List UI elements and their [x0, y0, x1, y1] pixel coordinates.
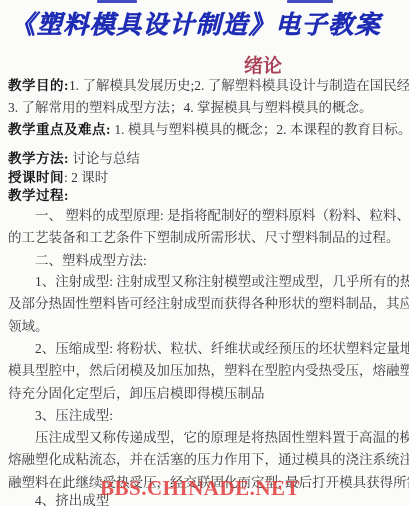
line-text: 领域。	[8, 319, 49, 334]
text-line-teaching-method: 教学方法: 讨论与总结	[8, 150, 409, 167]
cropped-glyph-fragment	[287, 0, 333, 3]
bold-label: 授课时间	[8, 170, 64, 185]
line-text: 1、注射成型: 注射成型又称注射模塑或注塑成型，几乎所有的热塑性塑	[35, 274, 409, 289]
text-line-teaching-process: 教学过程:	[8, 187, 409, 204]
line-text: 模具型腔中，然后闭模及加压加热，塑料在型腔内受热受压，熔融塑化并向	[8, 363, 409, 378]
line-text: 1. 模具与塑料模具的概念；2. 本课程的教育目标。	[111, 122, 409, 137]
text-line-teaching-goals-1: 教学目的:1. 了解模具发展历史;2. 了解塑料模具设计与制造在国民经济中	[8, 77, 409, 94]
line-text: 压注成型又称传递成型，它的原理是将热固性塑料置于高温的模具加料室	[35, 430, 409, 445]
watermark-text: BBS.CHINADE.NET	[100, 476, 300, 501]
document-page: 《塑料模具设计制造》电子教案 绪论 教学目的:1. 了解模具发展历史;2. 了解…	[0, 0, 409, 506]
text-line-transfer-2: 熔融塑化成粘流态，并在活塞的压力作用下，通过模具的浇注系统注射入闭	[8, 451, 409, 468]
text-line-transfer-heading: 3、压注成型:	[8, 407, 409, 424]
line-text: 3. 了解常用的塑料成型方法；4. 掌握模具与塑料模具的概念。	[8, 100, 373, 115]
text-line-compression-2: 模具型腔中，然后闭模及加压加热，塑料在型腔内受热受压，熔融塑化并向	[8, 362, 409, 379]
text-line-injection-3: 领域。	[8, 318, 409, 335]
text-line-compression-3: 待充分固化定型后，卸压启模即得模压制品	[8, 385, 409, 402]
line-text: 讨论与总结	[69, 151, 140, 166]
line-text: 待充分固化定型后，卸压启模即得模压制品	[8, 386, 265, 401]
line-text: 熔融塑化成粘流态，并在活塞的压力作用下，通过模具的浇注系统注射入闭	[8, 452, 409, 467]
text-line-molding-methods: 二、塑料成型方法:	[8, 252, 409, 269]
cropped-glyph-fragment	[97, 0, 137, 3]
bold-label: 教学方法:	[8, 151, 69, 166]
line-text: 及部分热固性塑料皆可经注射成型而获得各种形状的塑料制品，其应用覆盖	[8, 296, 409, 311]
line-text: : 2 课时	[64, 170, 108, 185]
line-text: 的工艺装备和工艺条件下塑制成所需形状、尺寸塑料制品的过程。	[8, 230, 400, 245]
line-text: 4、挤出成型	[35, 493, 109, 506]
line-text: 1. 了解模具发展历史;2. 了解塑料模具设计与制造在国民经济中	[69, 78, 409, 93]
text-line-injection-1: 1、注射成型: 注射成型又称注射模塑或注塑成型，几乎所有的热塑性塑	[8, 273, 409, 290]
text-line-teaching-goals-2: 3. 了解常用的塑料成型方法；4. 掌握模具与塑料模具的概念。	[8, 99, 409, 116]
text-line-compression-1: 2、压缩成型: 将粉状、粒状、纤维状或经预压的坯状塑料定量地加入到	[8, 340, 409, 357]
bold-label: 教学目的:	[8, 78, 69, 93]
text-line-molding-principle-2: 的工艺装备和工艺条件下塑制成所需形状、尺寸塑料制品的过程。	[8, 229, 409, 246]
text-line-transfer-1: 压注成型又称传递成型，它的原理是将热固性塑料置于高温的模具加料室	[8, 429, 409, 446]
text-line-injection-2: 及部分热固性塑料皆可经注射成型而获得各种形状的塑料制品，其应用覆盖	[8, 295, 409, 312]
line-text: 一、 塑料的成型原理: 是指将配制好的塑料原料（粉料、粒料、溶液或	[35, 208, 409, 223]
text-line-class-time: 授课时间: 2 课时	[8, 169, 409, 186]
line-text: 二、塑料成型方法:	[35, 253, 147, 268]
text-line-key-points: 教学重点及难点: 1. 模具与塑料模具的概念；2. 本课程的教育目标。	[8, 121, 409, 138]
bold-label: 教学重点及难点:	[8, 122, 111, 137]
bold-label: 教学过程:	[8, 188, 69, 203]
line-text: 3、压注成型:	[35, 408, 113, 423]
document-title: 《塑料模具设计制造》电子教案	[10, 5, 409, 41]
text-line-molding-principle-1: 一、 塑料的成型原理: 是指将配制好的塑料原料（粉料、粒料、溶液或	[8, 207, 409, 224]
section-heading: 绪论	[244, 51, 282, 78]
line-text: 2、压缩成型: 将粉状、粒状、纤维状或经预压的坯状塑料定量地加入到	[35, 341, 409, 356]
